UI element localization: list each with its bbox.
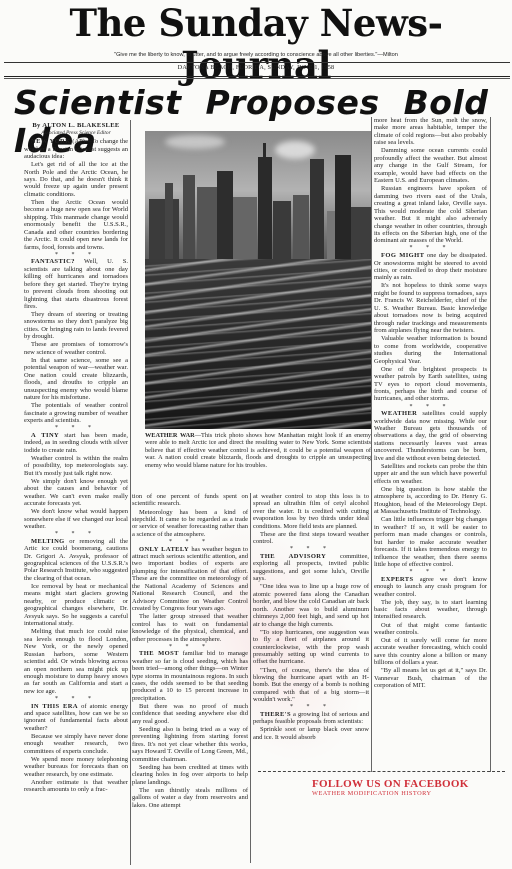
- paragraph: These are the first steps toward weather…: [253, 531, 369, 546]
- paragraph: Satellites and rockets can probe the thi…: [374, 463, 487, 485]
- section-break: * * *: [253, 546, 369, 552]
- column-rule: [490, 117, 491, 772]
- section-break: * * *: [374, 569, 487, 575]
- section-break: * * *: [374, 404, 487, 410]
- paragraph: Ice removal by heat or mechanical means …: [24, 583, 128, 628]
- paragraph: It's not hopeless to think some ways mig…: [374, 282, 487, 334]
- paragraph: IN THIS ERA of atomic energy and space s…: [24, 703, 128, 733]
- paragraph: FOG MIGHT one day be dissipated. Or snow…: [374, 252, 487, 282]
- section-end-rule: [258, 771, 505, 772]
- paragraph: more heat from the Sun, melt the snow, m…: [374, 117, 487, 147]
- column-rule: [250, 493, 251, 863]
- paragraph: Seeding has been credited at times with …: [132, 764, 248, 786]
- article-column-1: By ALTON L. BLAKESLEE Associated Press S…: [24, 122, 128, 794]
- paragraph: Sprinkle soot or lamp black over snow an…: [253, 726, 369, 741]
- paragraph: THE MOST familiar bid to manage weather …: [132, 650, 248, 702]
- divider: [4, 78, 510, 79]
- paragraph: These are promises of tomorrow's new sci…: [24, 341, 128, 356]
- paragraph: WEATHER satellites could supply worldwid…: [374, 410, 487, 462]
- paragraph: NEW YORK (AP)—To change the weather, a R…: [24, 138, 128, 160]
- paragraph: We simply don't know enough yet about th…: [24, 478, 128, 508]
- section-break: * * *: [253, 704, 369, 710]
- byline-author: By ALTON L. BLAKESLEE: [24, 122, 128, 129]
- paragraph: Can little influences trigger big change…: [374, 516, 487, 568]
- paragraph: But there was no proof of much confidenc…: [132, 703, 248, 725]
- paragraph: Weather control is within the realm of p…: [24, 455, 128, 477]
- paragraph: Russian engineers have spoken of damming…: [374, 185, 487, 245]
- skyline-flood-photo: [145, 131, 371, 429]
- paragraph: THERE'S a growing list of serious and pe…: [253, 711, 369, 726]
- column-rule: [130, 120, 131, 865]
- divider: [4, 76, 510, 77]
- paragraph: Let's get rid of all the ice at the Nort…: [24, 161, 128, 198]
- paragraph: In that same science, some see a potenti…: [24, 357, 128, 402]
- section-break: * * *: [24, 696, 128, 702]
- paragraph: MELTING or removing all the Artic ice co…: [24, 538, 128, 583]
- column-rule: [371, 117, 372, 772]
- paragraph: The latter group stressed that weather c…: [132, 613, 248, 643]
- paragraph: We spend more money telephoning weather …: [24, 756, 128, 778]
- paragraph: tion of one percent of funds spent on sc…: [132, 493, 248, 508]
- paragraph: FANTASTIC? Well, U. S. scientists are ta…: [24, 258, 128, 310]
- paragraph: ONLY LATELY has weather begun to attract…: [132, 546, 248, 613]
- paragraph: "To stop hurricanes, one suggestion was …: [253, 629, 369, 666]
- section-break: * * *: [374, 245, 487, 251]
- paragraph: We don't know what would happen somewher…: [24, 508, 128, 530]
- paragraph: THE ADVISORY committee, exploring all pr…: [253, 553, 369, 583]
- paragraph: Another estimate is that weather researc…: [24, 779, 128, 794]
- promo-line-1[interactable]: FOLLOW US ON FACEBOOK: [312, 778, 469, 790]
- paragraph: A TINY start has been made, indeed, as i…: [24, 432, 128, 454]
- article-column-2: tion of one percent of funds spent on sc…: [132, 493, 248, 810]
- section-break: * * *: [24, 252, 128, 258]
- photo-caption: WEATHER WAR—This trick photo shows how M…: [145, 432, 371, 469]
- flood-water: [145, 259, 371, 429]
- paragraph: at weather control to stop this loss is …: [253, 493, 369, 530]
- article-column-4: more heat from the Sun, melt the snow, m…: [374, 117, 487, 690]
- paragraph: Damming some ocean currents could profou…: [374, 147, 487, 184]
- paragraph: Melting that much ice could raise sea le…: [24, 628, 128, 695]
- facebook-promo[interactable]: FOLLOW US ON FACEBOOK WEATHER MODIFICATI…: [312, 778, 469, 798]
- paragraph: One big question is how stable the atmos…: [374, 486, 487, 516]
- article-column-3: at weather control to stop this loss is …: [253, 493, 369, 742]
- newspaper-masthead: The Sunday News-Journal: [0, 2, 512, 86]
- paragraph: Meteorology has been a kind of stepchild…: [132, 509, 248, 539]
- paragraph: Seeding also is being tried as a way of …: [132, 726, 248, 763]
- paragraph: "Then, of course, there's the idea of bl…: [253, 667, 369, 704]
- paragraph: The potentials of weather control fascin…: [24, 402, 128, 424]
- paragraph: They dream of steering or treating snows…: [24, 311, 128, 341]
- paragraph: One of the brightest prospects is weathe…: [374, 366, 487, 403]
- paragraph: EXPERTS agree we don't know enough to la…: [374, 576, 487, 598]
- section-break: * * *: [132, 644, 248, 650]
- paragraph: Out of that might come fantastic weather…: [374, 622, 487, 637]
- paragraph: Out of it surely will come far more accu…: [374, 637, 487, 667]
- paragraph: "By all means let us get at it," says Dr…: [374, 667, 487, 689]
- section-break: * * *: [24, 531, 128, 537]
- paragraph: Then the Arctic Ocean would become a hug…: [24, 199, 128, 251]
- paragraph: Because we simply have never done enough…: [24, 733, 128, 755]
- masthead-motto: "Give me the liberty to know, to utter, …: [0, 52, 512, 58]
- section-break: * * *: [24, 425, 128, 431]
- dateline: DAYTONA BEACH, FLORIDA, SUNDAY, JUNE 1, …: [0, 64, 512, 71]
- section-break: * * *: [132, 539, 248, 545]
- paragraph: The sun thirstily steals millions of gal…: [132, 787, 248, 809]
- byline-role: Associated Press Science Editor: [24, 130, 128, 137]
- skyline-illustration: [145, 131, 371, 267]
- divider: [4, 62, 510, 63]
- paragraph: The job, they say, is to start learning …: [374, 599, 487, 621]
- promo-line-2[interactable]: WEATHER MODIFICATION HISTORY: [312, 790, 469, 798]
- paragraph: "One idea was to line up a huge row of a…: [253, 583, 369, 628]
- paragraph: Valuable weather information is bound to…: [374, 335, 487, 365]
